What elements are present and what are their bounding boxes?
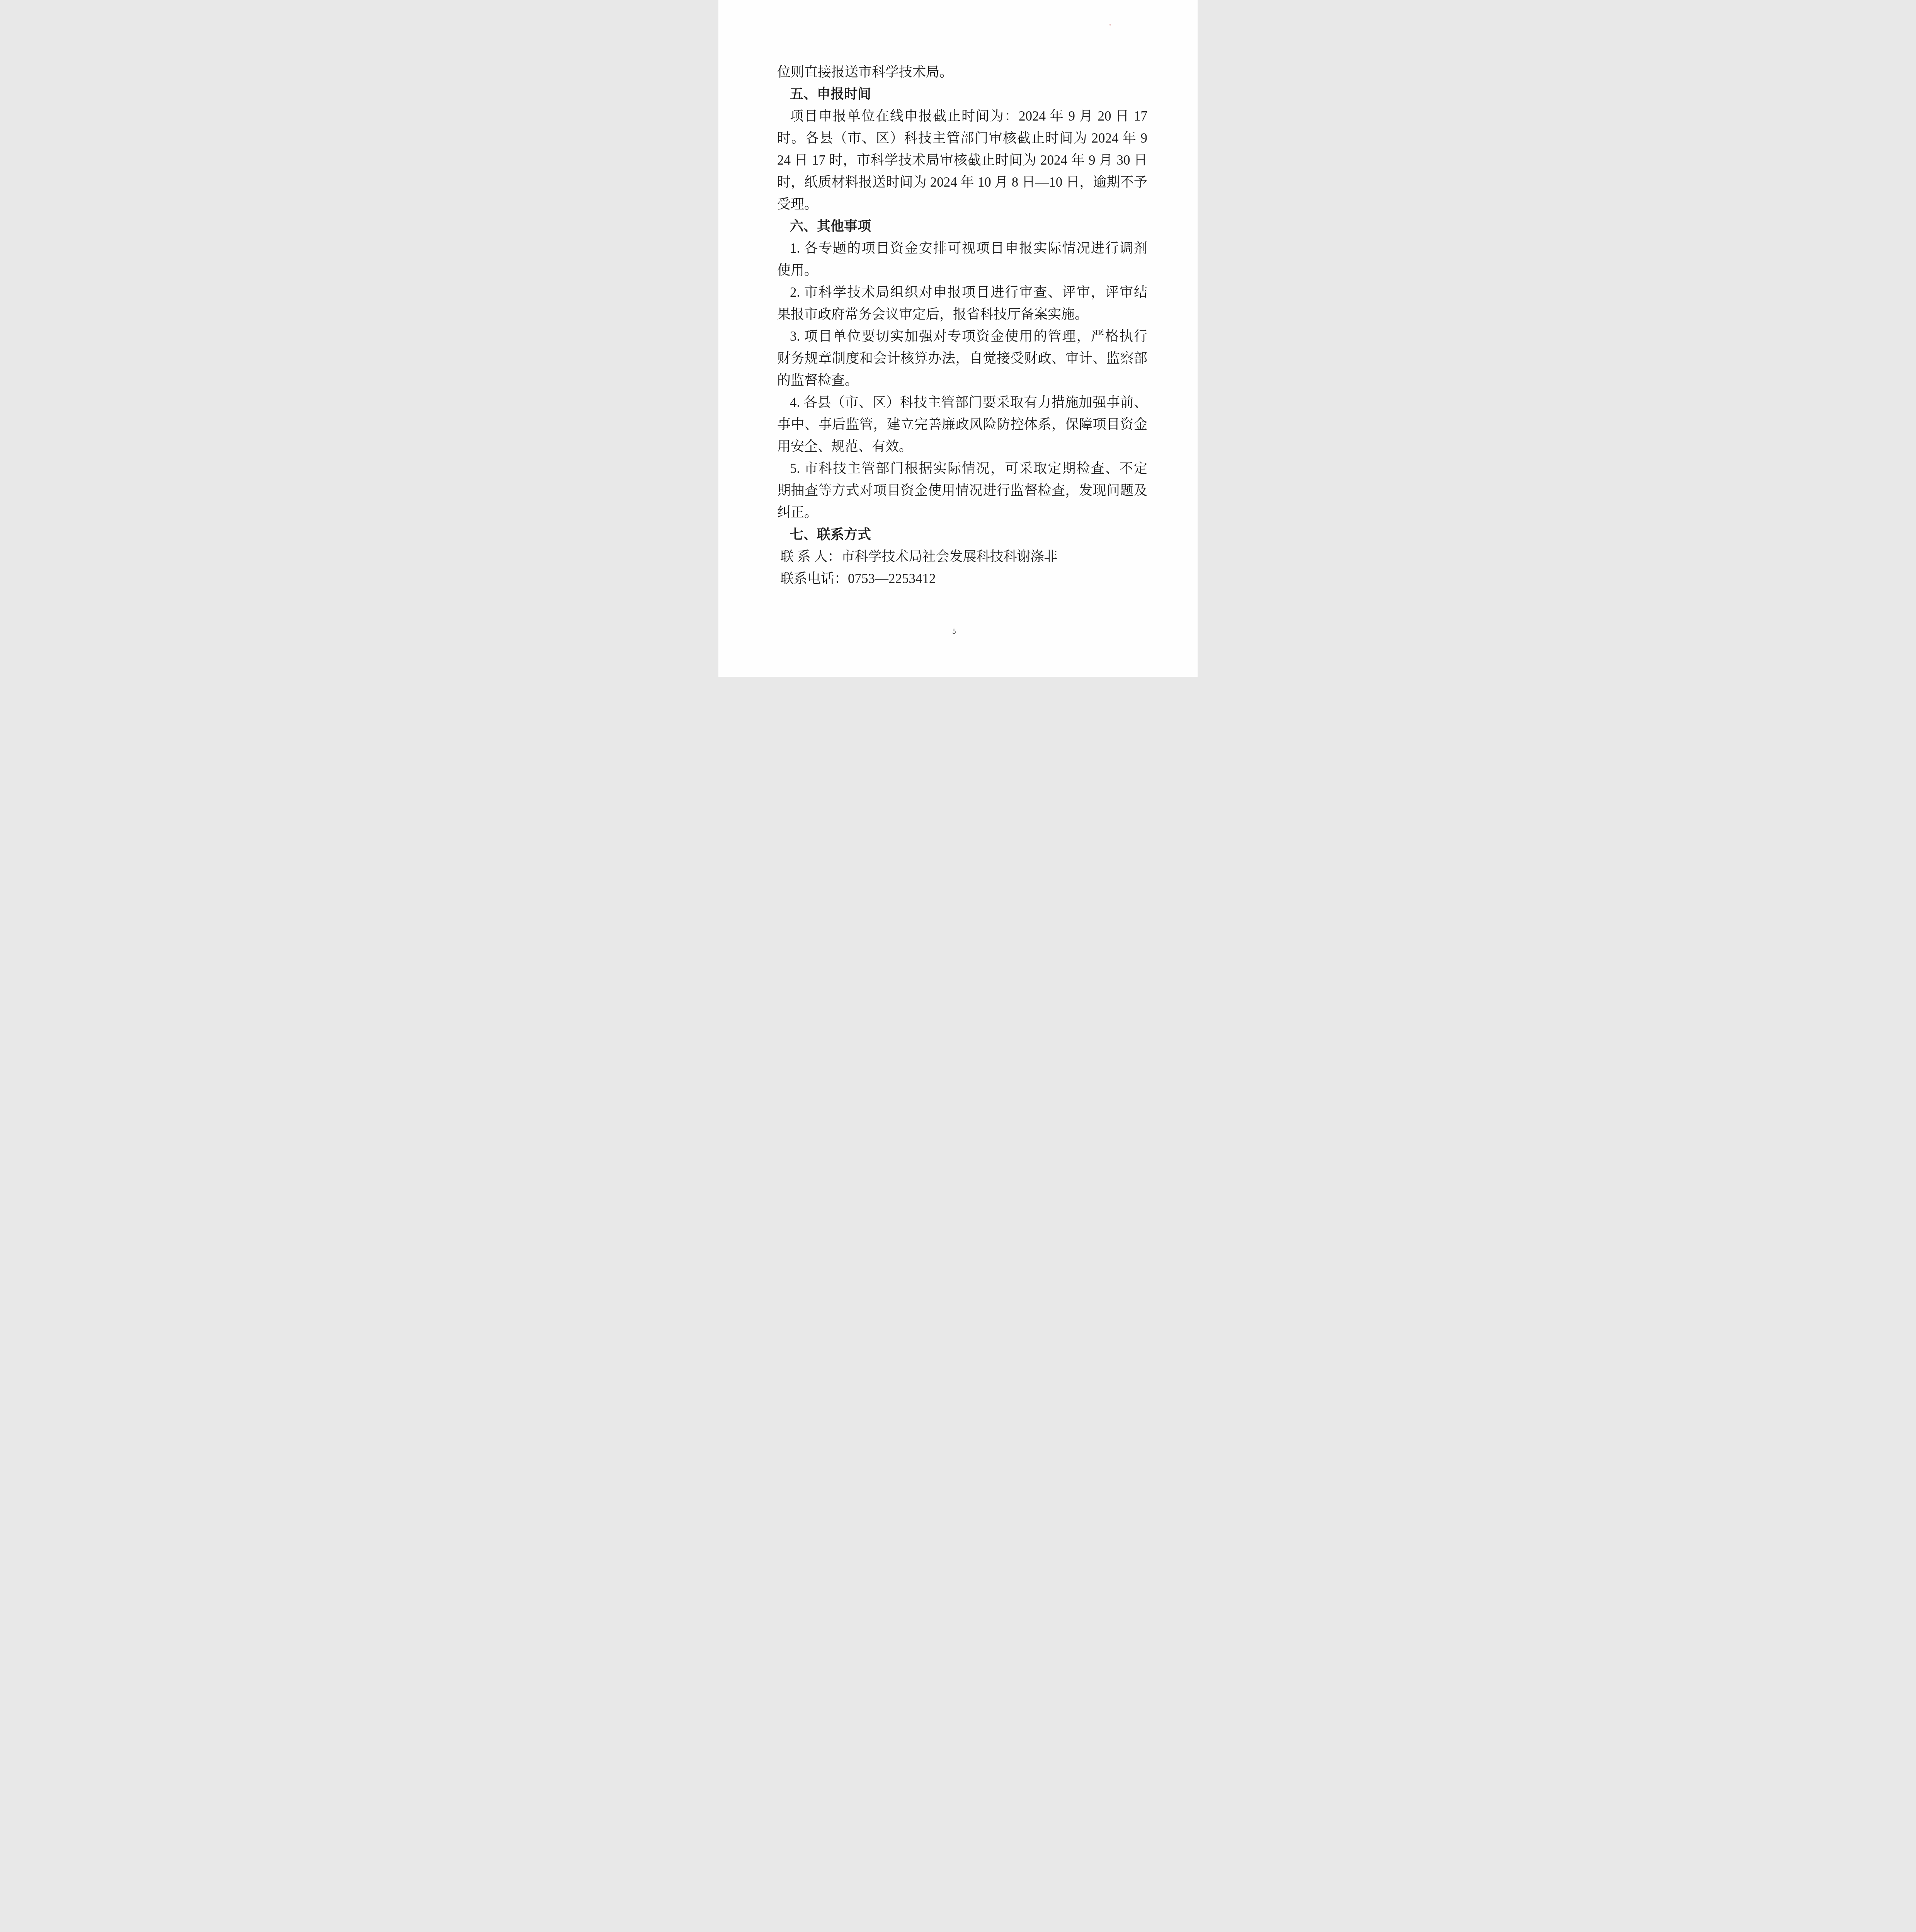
paragraph-deadlines: 项目申报单位在线申报截止时间为：2024 年 9 月 20 日 17 时。各县（…: [777, 105, 1147, 215]
section-heading-5: 五、申报时间: [777, 83, 1147, 105]
section-heading-7: 七、联系方式: [777, 524, 1147, 546]
text-line: 5. 市科技主管部门根据实际情况，可采取定期检查、不定: [777, 457, 1147, 480]
text-line: 受理。: [777, 193, 1147, 215]
text-line: 使用。: [777, 259, 1147, 281]
text-line: 时。各县（市、区）科技主管部门审核截止时间为 2024 年 9 月: [777, 127, 1147, 149]
text-line: 果报市政府常务会议审定后，报省科技厅备案实施。: [777, 303, 1147, 325]
heading-text: 六、其他事项: [777, 215, 1147, 237]
paragraph-item-3: 3. 项目单位要切实加强对专项资金使用的管理，严格执行 财务规章制度和会计核算办…: [777, 325, 1147, 391]
paragraph-item-2: 2. 市科学技术局组织对申报项目进行审查、评审，评审结 果报市政府常务会议审定后…: [777, 281, 1147, 325]
paragraph-item-4: 4. 各县（市、区）科技主管部门要采取有力措施加强事前、 事中、事后监管，建立完…: [777, 391, 1147, 457]
section-heading-6: 六、其他事项: [777, 215, 1147, 237]
text-line: 4. 各县（市、区）科技主管部门要采取有力措施加强事前、: [777, 391, 1147, 413]
heading-text: 五、申报时间: [777, 83, 1147, 105]
paragraph-contact-person: 联 系 人：市科学技术局社会发展科技科谢涤非: [777, 546, 1147, 568]
text-line: 纠正。: [777, 502, 1147, 524]
text-line: 时，纸质材料报送时间为 2024 年 10 月 8 日—10 日，逾期不予: [777, 171, 1147, 193]
text-line: 1. 各专题的项目资金安排可视项目申报实际情况进行调剂: [777, 237, 1147, 259]
contact-person-line: 联 系 人：市科学技术局社会发展科技科谢涤非: [777, 546, 1147, 568]
document-page: ’ 位则直接报送市科学技术局。 五、申报时间 项目申报单位在线申报截止时间为：2…: [718, 0, 1198, 677]
page-content: 位则直接报送市科学技术局。 五、申报时间 项目申报单位在线申报截止时间为：202…: [777, 61, 1147, 590]
paragraph-continuation: 位则直接报送市科学技术局。: [777, 61, 1147, 83]
contact-phone-line: 联系电话：0753—2253412: [777, 568, 1147, 590]
paragraph-item-5: 5. 市科技主管部门根据实际情况，可采取定期检查、不定 期抽查等方式对项目资金使…: [777, 457, 1147, 524]
text-line: 位则直接报送市科学技术局。: [777, 61, 1147, 83]
text-line: 用安全、规范、有效。: [777, 435, 1147, 457]
text-line: 的监督检查。: [777, 369, 1147, 391]
text-line: 3. 项目单位要切实加强对专项资金使用的管理，严格执行: [777, 325, 1147, 347]
text-line: 24 日 17 时，市科学技术局审核截止时间为 2024 年 9 月 30 日 …: [777, 149, 1147, 171]
text-line: 期抽查等方式对项目资金使用情况进行监督检查，发现问题及时: [777, 480, 1147, 502]
text-line: 财务规章制度和会计核算办法，自觉接受财政、审计、监察部门: [777, 347, 1147, 369]
paragraph-contact-phone: 联系电话：0753—2253412: [777, 568, 1147, 590]
text-line: 项目申报单位在线申报截止时间为：2024 年 9 月 20 日 17: [777, 105, 1147, 127]
paragraph-item-1: 1. 各专题的项目资金安排可视项目申报实际情况进行调剂 使用。: [777, 237, 1147, 281]
heading-text: 七、联系方式: [777, 524, 1147, 546]
page-number: 5: [718, 627, 1190, 636]
text-line: 2. 市科学技术局组织对申报项目进行审查、评审，评审结: [777, 281, 1147, 303]
text-line: 事中、事后监管，建立完善廉政风险防控体系，保障项目资金使: [777, 413, 1147, 435]
scan-artifact-mark: ’: [1107, 22, 1112, 33]
